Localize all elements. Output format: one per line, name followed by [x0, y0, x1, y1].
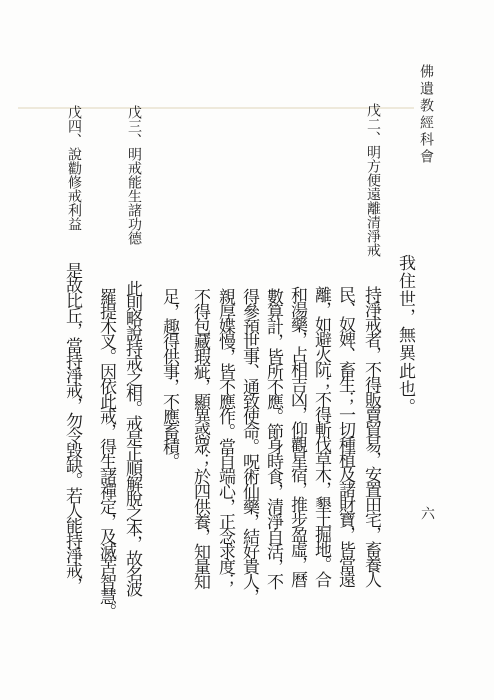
sutra-line: 和湯藥，占相吉凶，仰觀星宿，推步盈虛，曆	[286, 286, 309, 586]
sutra-line: 親厚媟慢，皆不應作。當自端心，正念求度；	[214, 288, 237, 588]
sutra-line: 足，趣得供事，不應畜積。	[158, 288, 181, 468]
sutra-line: 數算計，皆所不應。節身時食，清淨自活，不	[262, 288, 285, 588]
sutra-line: 羅提木叉。因依此戒，得生諸禪定，及滅苦智慧。	[95, 288, 118, 618]
sutra-line: 持淨戒者，不得販賣貿易，安置田宅，畜養人	[360, 286, 383, 586]
sutra-line: 民、奴婢、畜生；一切種植及諸財寶，皆當遠	[334, 286, 357, 586]
section-heading-wu4: 戊四、說勸修戒利益	[63, 105, 83, 231]
page-number: 六	[418, 506, 434, 520]
sutra-line: 得參預世事、通致使命。呪術仙藥，結好貴人，	[238, 288, 261, 603]
margin-book-title: 佛遺教經科會	[416, 64, 435, 166]
sutra-line: 不得包藏瑕疵，顯異惑眾；於四供養，知量知	[189, 288, 212, 588]
sutra-line: 我住世，無異此也。	[394, 254, 417, 416]
section-heading-wu3: 戊三、明戒能生諸功德	[123, 105, 143, 245]
section-heading-wu2: 戊二、明方便遠離清淨戒	[362, 103, 382, 257]
book-page: 佛遺教經科會 六 我住世，無異此也。 戊二、明方便遠離清淨戒 持淨戒者，不得販賣…	[0, 0, 494, 700]
sutra-line: 此則略說持戒之相。戒是正順解脫之本，故名波	[121, 280, 144, 595]
sutra-line: 是故比丘，當持淨戒，勿令毀缺。若人能持淨戒，	[61, 262, 84, 592]
sutra-line: 離，如避火阬；不得斬伐草木，墾土掘地。合	[310, 286, 333, 586]
